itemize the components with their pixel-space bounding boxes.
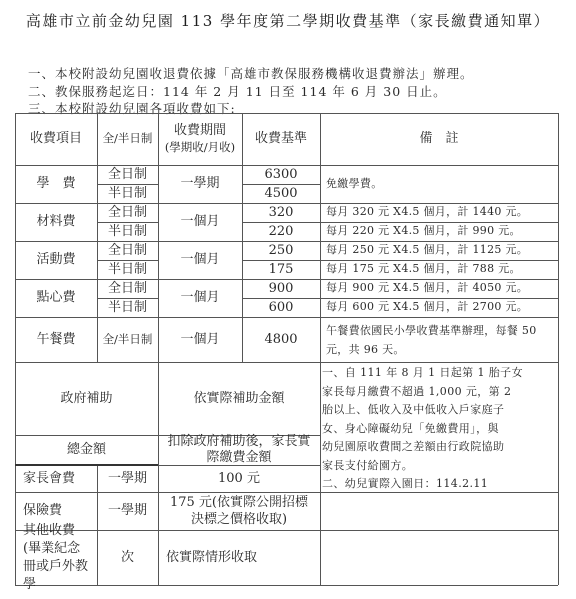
extra-period: 一學期 — [97, 465, 158, 492]
period: 一個月 — [158, 203, 242, 241]
period: 一個月 — [158, 241, 242, 279]
extra-item: 家長會費 — [15, 465, 97, 492]
amount: 175 — [242, 260, 320, 279]
amount: 6300 — [242, 165, 320, 184]
subsidy-note-line: 家長每月繳費不超過 1,000 元，第 2 — [322, 383, 554, 402]
subsidy-note-line: 幼兒園原收費間之差額由行政院協助 — [322, 438, 554, 457]
subsidy-note: 一、自 111 年 8 月 1 日起第 1 胎子女 家長每月繳費不超過 1,00… — [322, 364, 554, 494]
document-title: 高雄市立前金幼兒園 113 學年度第二學期收費基準（家長繳費通知單） — [0, 10, 576, 31]
extra-period: 次 — [97, 530, 158, 585]
item-lunch: 午餐費 — [15, 317, 97, 362]
subsidy-note-line: 女、身心障礙幼兒「免繳費用」，與 — [322, 420, 554, 439]
table-border-bottom — [15, 585, 558, 586]
header-standard: 收費基準 — [242, 113, 320, 165]
subsidy-value: 依實際補助金額 — [158, 362, 320, 435]
remark: 午餐費依國民小學收費基準辦理，每餐 50 元，共 96 天。 — [320, 317, 558, 362]
remark: 每月 220 元 X4.5 個月，計 990 元。 — [320, 222, 558, 241]
extra-item: 其他收費(畢業紀念冊或戶外教學 — [15, 530, 97, 585]
header-item: 收費項目 — [15, 113, 97, 165]
header-remark: 備 註 — [320, 113, 558, 165]
subsidy-label: 政府補助 — [15, 362, 158, 435]
total-value: 扣除政府補助後，家長實際繳費金額 — [158, 435, 320, 465]
amount: 600 — [242, 298, 320, 317]
subsidy-note-line: 二、幼兒實際入園日：114.2.11 — [322, 475, 554, 494]
amount: 4500 — [242, 184, 320, 203]
header-period-label: 收費期間 — [174, 122, 226, 140]
subsidy-note-line: 胎以上、低收入及中低收入戶家庭子 — [322, 401, 554, 420]
header-period: 收費期間 (學期收/月收) — [158, 113, 242, 165]
amount: 320 — [242, 203, 320, 222]
item-snack: 點心費 — [15, 279, 97, 317]
item-material: 材料費 — [15, 203, 97, 241]
extra-period: 一學期 — [97, 492, 158, 530]
type-half: 半日制 — [97, 222, 158, 241]
amount: 250 — [242, 241, 320, 260]
subsidy-note-line: 一、自 111 年 8 月 1 日起第 1 胎子女 — [322, 364, 554, 383]
remark: 每月 600 元 X4.5 個月，計 2700 元。 — [320, 298, 558, 317]
total-label: 總金額 — [15, 435, 158, 465]
period: 一學期 — [158, 165, 242, 203]
item-activity: 活動費 — [15, 241, 97, 279]
remark: 每月 900 元 X4.5 個月，計 4050 元。 — [320, 279, 558, 298]
type-both: 全/半日制 — [97, 317, 158, 362]
type-full: 全日制 — [97, 165, 158, 184]
type-full: 全日制 — [97, 203, 158, 222]
remark: 免繳學費。 — [320, 165, 558, 203]
header-period-sub: (學期收/月收) — [165, 140, 235, 156]
type-half: 半日制 — [97, 260, 158, 279]
amount: 900 — [242, 279, 320, 298]
remark: 每月 175 元 X4.5 個月，計 788 元。 — [320, 260, 558, 279]
type-full: 全日制 — [97, 279, 158, 298]
type-full: 全日制 — [97, 241, 158, 260]
remark: 每月 320 元 X4.5 個月，計 1440 元。 — [320, 203, 558, 222]
table-border-right — [558, 113, 559, 585]
extra-value: 175 元(依實際公開招標決標之價格收取) — [158, 492, 320, 530]
intro-line-1: 一、本校附設幼兒園收退費依據「高雄市教保服務機構收退費辦法」辦理。 — [28, 64, 474, 82]
period: 一個月 — [158, 279, 242, 317]
amount: 220 — [242, 222, 320, 241]
remark: 每月 250 元 X4.5 個月，計 1125 元。 — [320, 241, 558, 260]
intro-line-2: 二、教保服務起迄日：114 年 2 月 11 日至 114 年 6 月 30 日… — [28, 82, 447, 100]
header-type: 全/半日制 — [97, 113, 158, 165]
type-half: 半日制 — [97, 298, 158, 317]
subsidy-note-line: 家長支付給園方。 — [322, 457, 554, 476]
extra-value: 依實際情形收取 — [158, 530, 320, 585]
type-half: 半日制 — [97, 184, 158, 203]
amount: 4800 — [242, 317, 320, 362]
item-tuition: 學 費 — [15, 165, 97, 203]
extra-value: 100 元 — [158, 465, 320, 492]
period: 一個月 — [158, 317, 242, 362]
